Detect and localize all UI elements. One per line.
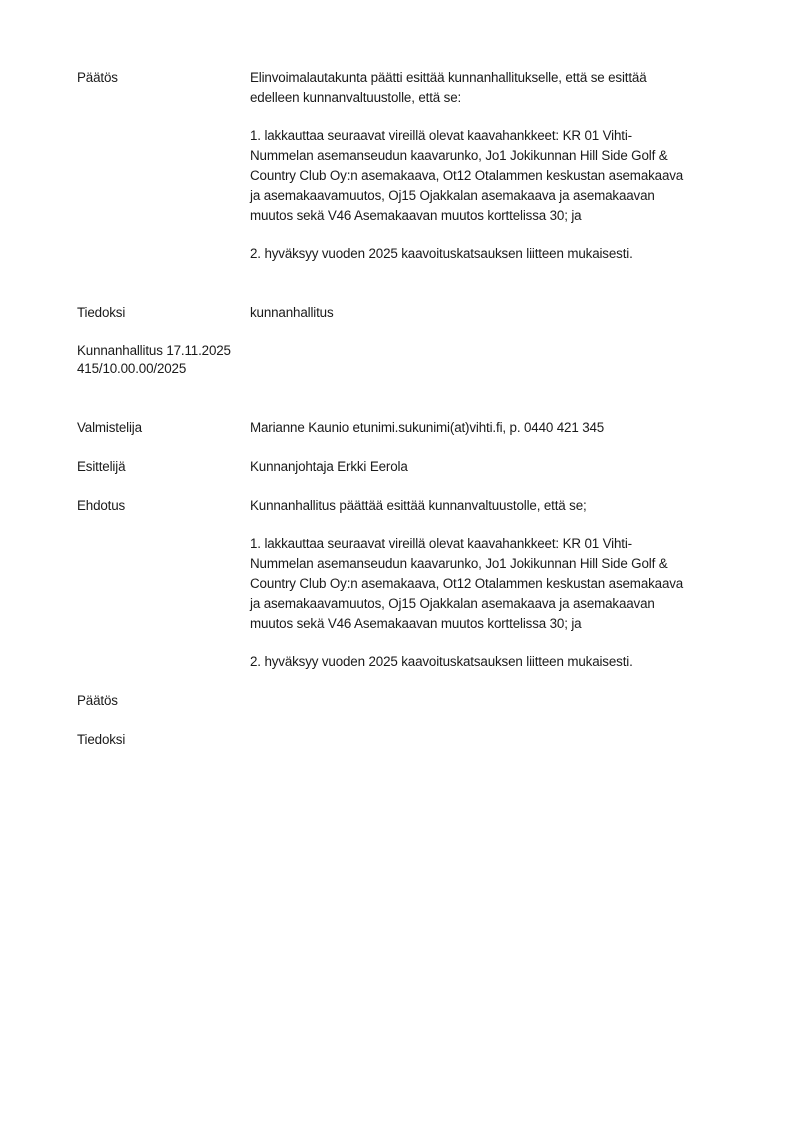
proposal-item-1-line: Nummelan asemanseudun kaavarunko, Jo1 Jo… [250,554,668,574]
paatos-text-line: edelleen kunnanvaltuustolle, että se: [250,88,461,108]
valmistelija-value: Marianne Kaunio etunimi.sukunimi(at)viht… [250,418,604,438]
proposal-item-1-line: 1. lakkauttaa seuraavat vireillä olevat … [250,534,632,554]
paatos-label-2: Päätös [77,691,118,711]
ehdotus-label: Ehdotus [77,496,125,516]
esittelija-value: Kunnanjohtaja Erkki Eerola [250,457,408,477]
decision-item-2: 2. hyväksyy vuoden 2025 kaavoituskatsauk… [250,244,633,264]
paatos-text-line: Elinvoimalautakunta päätti esittää kunna… [250,68,647,88]
decision-item-1-line: muutos sekä V46 Asemakaavan muutos kortt… [250,206,581,226]
case-number: 415/10.00.00/2025 [77,359,186,379]
ehdotus-intro: Kunnanhallitus päättää esittää kunnanval… [250,496,587,516]
valmistelija-label: Valmistelija [77,418,142,438]
decision-item-1-line: Nummelan asemanseudun kaavarunko, Jo1 Jo… [250,146,668,166]
esittelija-label: Esittelijä [77,457,125,477]
decision-item-1-line: ja asemakaavamuutos, Oj15 Ojakkalan asem… [250,186,655,206]
tiedoksi-label: Tiedoksi [77,303,125,323]
decision-item-1-line: Country Club Oy:n asemakaava, Ot12 Otala… [250,166,683,186]
decision-item-1-line: 1. lakkauttaa seuraavat vireillä olevat … [250,126,632,146]
paatos-label: Päätös [77,68,118,88]
proposal-item-2: 2. hyväksyy vuoden 2025 kaavoituskatsauk… [250,652,633,672]
proposal-item-1-line: muutos sekä V46 Asemakaavan muutos kortt… [250,614,581,634]
proposal-item-1-line: ja asemakaavamuutos, Oj15 Ojakkalan asem… [250,594,655,614]
proposal-item-1-line: Country Club Oy:n asemakaava, Ot12 Otala… [250,574,683,594]
meeting-body-date: Kunnanhallitus 17.11.2025 [77,341,231,361]
tiedoksi-label-2: Tiedoksi [77,730,125,750]
tiedoksi-value: kunnanhallitus [250,303,334,323]
